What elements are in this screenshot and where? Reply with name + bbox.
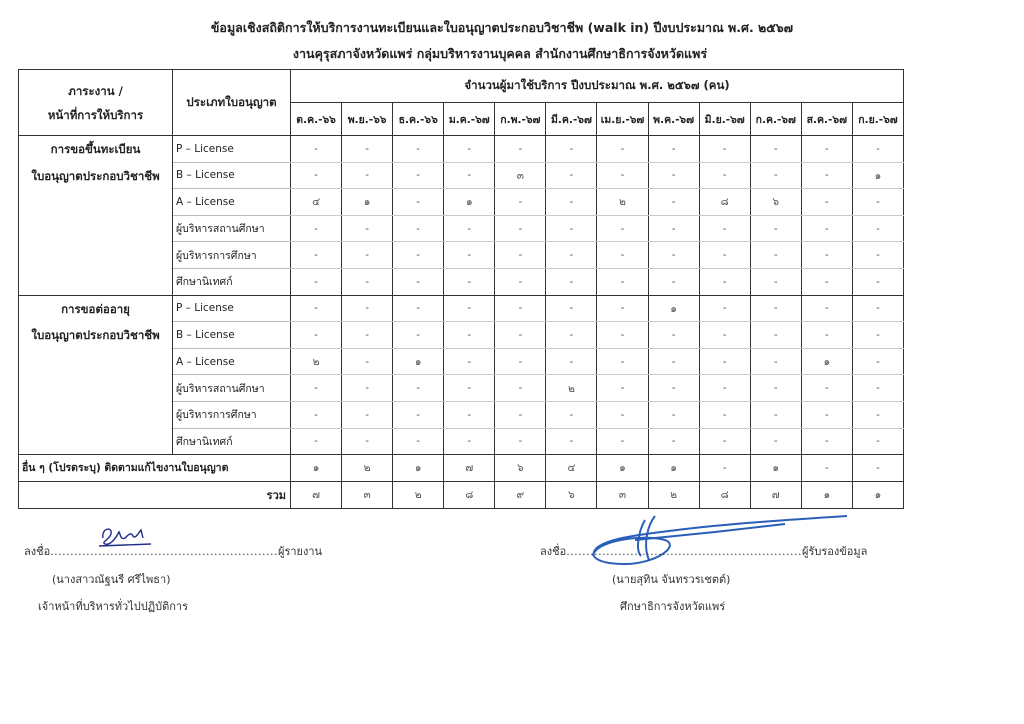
count-cell: ๒ (291, 348, 342, 375)
count-cell: - (801, 268, 852, 295)
count-cell: - (342, 401, 393, 428)
total-cell: ๗ (291, 481, 342, 508)
other-cell: ๒ (342, 455, 393, 482)
count-cell: - (750, 428, 801, 455)
count-cell: - (699, 375, 750, 402)
count-cell: - (444, 295, 495, 322)
document-title: ข้อมูลเชิงสถิติการให้บริการงานทะเบียนและ… (0, 18, 1014, 38)
count-cell: - (597, 162, 648, 189)
count-cell: - (495, 268, 546, 295)
count-cell: - (393, 189, 444, 216)
other-label: อื่น ๆ (โปรดระบุ) ติดตามแก้ไขงานใบอนุญาต (19, 455, 291, 482)
certifier-position: ศึกษาธิการจังหวัดแพร่ (620, 597, 725, 615)
count-cell: - (393, 375, 444, 402)
count-cell: - (291, 268, 342, 295)
count-cell: - (852, 136, 903, 163)
count-cell: - (648, 348, 699, 375)
license-type: A – License (173, 348, 291, 375)
count-cell: - (648, 136, 699, 163)
count-cell: - (546, 242, 597, 269)
count-cell: - (444, 162, 495, 189)
header-service-count: จำนวนผู้มาใช้บริการ ปีงบประมาณ พ.ศ. ๒๕๖๗… (291, 70, 904, 103)
statistics-table: ภาระงาน / หน้าที่การให้บริการ ประเภทใบอน… (18, 69, 904, 509)
count-cell: - (648, 189, 699, 216)
document-subtitle: งานคุรุสภาจังหวัดแพร่ กลุ่มบริหารงานบุคค… (0, 44, 1012, 64)
section-task-line2: ใบอนุญาตประกอบวิชาชีพ (19, 322, 172, 349)
count-cell: - (546, 136, 597, 163)
count-cell: - (393, 401, 444, 428)
reporter-sign-line: ลงชื่อ..................................… (24, 542, 322, 560)
count-cell: - (495, 136, 546, 163)
count-cell: - (495, 428, 546, 455)
table-row: การขอต่ออายุใบอนุญาตประกอบวิชาชีพP – Lic… (19, 295, 904, 322)
header-month: ก.ค.-๖๗ (750, 103, 801, 136)
header-month: ส.ค.-๖๗ (801, 103, 852, 136)
count-cell: - (342, 215, 393, 242)
section-task-line1: การขอขึ้นทะเบียน (19, 136, 172, 163)
count-cell: - (546, 162, 597, 189)
count-cell: - (699, 268, 750, 295)
reporter-position: เจ้าหน้าที่บริหารทั่วไปปฏิบัติการ (38, 597, 188, 615)
header-month: มี.ค.-๖๗ (546, 103, 597, 136)
license-type: ผู้บริหารสถานศึกษา (173, 375, 291, 402)
total-cell: ๙ (495, 481, 546, 508)
count-cell: ๖ (750, 189, 801, 216)
certifier-sign-line: ลงชื่อ..................................… (540, 542, 867, 560)
count-cell: - (597, 322, 648, 349)
count-cell: - (597, 268, 648, 295)
license-type: ผู้บริหารการศึกษา (173, 242, 291, 269)
count-cell: - (444, 375, 495, 402)
count-cell: - (597, 295, 648, 322)
count-cell: - (750, 348, 801, 375)
count-cell: - (546, 401, 597, 428)
count-cell: - (495, 215, 546, 242)
header-month: ก.พ.-๖๗ (495, 103, 546, 136)
count-cell: - (699, 295, 750, 322)
count-cell: - (852, 348, 903, 375)
count-cell: - (495, 295, 546, 322)
count-cell: - (648, 375, 699, 402)
count-cell: - (801, 295, 852, 322)
count-cell: - (699, 162, 750, 189)
count-cell: ๑ (648, 295, 699, 322)
count-cell: - (801, 375, 852, 402)
count-cell: - (801, 401, 852, 428)
count-cell: - (597, 375, 648, 402)
count-cell: - (648, 215, 699, 242)
count-cell: - (444, 322, 495, 349)
count-cell: - (444, 242, 495, 269)
other-cell: - (852, 455, 903, 482)
total-cell: ๓ (342, 481, 393, 508)
total-cell: ๓ (597, 481, 648, 508)
count-cell: - (648, 401, 699, 428)
count-cell: ๑ (393, 348, 444, 375)
other-cell: ๗ (444, 455, 495, 482)
header-license-type: ประเภทใบอนุญาต (173, 70, 291, 136)
reporter-name: (นางสาวณัฐนรี ศรีไพธา) (52, 570, 170, 588)
count-cell: - (291, 428, 342, 455)
count-cell: ๓ (495, 162, 546, 189)
count-cell: - (597, 401, 648, 428)
header-month: ต.ค.-๖๖ (291, 103, 342, 136)
count-cell: ๑ (801, 348, 852, 375)
count-cell: - (852, 428, 903, 455)
other-cell: ๑ (750, 455, 801, 482)
other-cell: - (801, 455, 852, 482)
count-cell: - (342, 375, 393, 402)
count-cell: ๑ (852, 162, 903, 189)
count-cell: - (444, 136, 495, 163)
count-cell: - (546, 348, 597, 375)
count-cell: - (342, 295, 393, 322)
count-cell: - (342, 322, 393, 349)
count-cell: - (495, 375, 546, 402)
section-task-line1: การขอต่ออายุ (19, 296, 172, 323)
count-cell: - (852, 295, 903, 322)
count-cell: - (852, 215, 903, 242)
count-cell: - (852, 375, 903, 402)
count-cell: - (342, 268, 393, 295)
count-cell: - (699, 215, 750, 242)
certifier-role: ผู้รับรองข้อมูล (802, 545, 867, 558)
other-cell: ๑ (597, 455, 648, 482)
other-cell: - (699, 455, 750, 482)
license-type: ผู้บริหารสถานศึกษา (173, 215, 291, 242)
total-cell: ๒ (393, 481, 444, 508)
count-cell: - (648, 322, 699, 349)
count-cell: - (342, 162, 393, 189)
license-type: ศึกษานิเทศก์ (173, 268, 291, 295)
count-cell: - (699, 401, 750, 428)
count-cell: - (546, 189, 597, 216)
count-cell: - (852, 268, 903, 295)
count-cell: - (546, 268, 597, 295)
total-label: รวม (19, 481, 291, 508)
other-cell: ๑ (648, 455, 699, 482)
count-cell: - (393, 428, 444, 455)
certifier-signature (585, 510, 855, 570)
header-month: ธ.ค.-๖๖ (393, 103, 444, 136)
header-month: ก.ย.-๖๗ (852, 103, 903, 136)
reporter-role: ผู้รายงาน (278, 545, 322, 558)
total-cell: ๗ (750, 481, 801, 508)
count-cell: - (546, 322, 597, 349)
other-cell: ๔ (546, 455, 597, 482)
total-cell: ๘ (699, 481, 750, 508)
total-cell: ๑ (852, 481, 903, 508)
section-task-line2: ใบอนุญาตประกอบวิชาชีพ (19, 163, 172, 190)
count-cell: - (291, 215, 342, 242)
count-cell: - (597, 348, 648, 375)
count-cell: - (801, 242, 852, 269)
count-cell: - (750, 295, 801, 322)
count-cell: ๒ (597, 189, 648, 216)
count-cell: - (291, 136, 342, 163)
count-cell: - (393, 295, 444, 322)
table-row: การขอขึ้นทะเบียนใบอนุญาตประกอบวิชาชีพP –… (19, 136, 904, 163)
count-cell: - (648, 162, 699, 189)
total-cell: ๖ (546, 481, 597, 508)
count-cell: - (597, 136, 648, 163)
header-month: ม.ค.-๖๗ (444, 103, 495, 136)
count-cell: - (801, 162, 852, 189)
count-cell: - (444, 401, 495, 428)
count-cell: - (852, 189, 903, 216)
count-cell: - (750, 136, 801, 163)
count-cell: - (648, 428, 699, 455)
header-task-line1: ภาระงาน / (19, 79, 172, 103)
count-cell: - (342, 348, 393, 375)
count-cell: - (648, 268, 699, 295)
count-cell: - (699, 428, 750, 455)
other-cell: ๖ (495, 455, 546, 482)
count-cell: - (342, 242, 393, 269)
count-cell: - (342, 428, 393, 455)
count-cell: - (597, 242, 648, 269)
count-cell: - (495, 242, 546, 269)
count-cell: - (342, 136, 393, 163)
count-cell: - (546, 428, 597, 455)
count-cell: - (291, 401, 342, 428)
count-cell: - (291, 162, 342, 189)
license-type: ศึกษานิเทศก์ (173, 428, 291, 455)
count-cell: ๑ (342, 189, 393, 216)
count-cell: - (852, 401, 903, 428)
count-cell: - (495, 401, 546, 428)
license-type: A – License (173, 189, 291, 216)
count-cell: - (750, 322, 801, 349)
count-cell: - (546, 295, 597, 322)
count-cell: - (699, 348, 750, 375)
count-cell: - (648, 242, 699, 269)
total-cell: ๒ (648, 481, 699, 508)
count-cell: ๘ (699, 189, 750, 216)
count-cell: - (750, 215, 801, 242)
count-cell: - (444, 215, 495, 242)
count-cell: - (546, 215, 597, 242)
count-cell: - (801, 428, 852, 455)
count-cell: - (801, 189, 852, 216)
count-cell: - (495, 189, 546, 216)
header-task-line2: หน้าที่การให้บริการ (19, 103, 172, 127)
sign-label: ลงชื่อ (24, 545, 50, 558)
count-cell: - (444, 428, 495, 455)
certifier-name: (นายสุทิน จันทรวรเชตต์) (612, 570, 730, 588)
other-row: อื่น ๆ (โปรดระบุ) ติดตามแก้ไขงานใบอนุญาต… (19, 455, 904, 482)
count-cell: - (750, 375, 801, 402)
license-type: P – License (173, 136, 291, 163)
header-month: เม.ย.-๖๗ (597, 103, 648, 136)
license-type: ผู้บริหารการศึกษา (173, 401, 291, 428)
header-month: พ.ย.-๖๖ (342, 103, 393, 136)
count-cell: - (750, 242, 801, 269)
count-cell: - (444, 348, 495, 375)
count-cell: - (852, 322, 903, 349)
count-cell: - (393, 136, 444, 163)
total-cell: ๑ (801, 481, 852, 508)
count-cell: ๒ (546, 375, 597, 402)
other-cell: ๑ (393, 455, 444, 482)
count-cell: - (291, 322, 342, 349)
count-cell: - (801, 215, 852, 242)
total-cell: ๘ (444, 481, 495, 508)
count-cell: - (699, 136, 750, 163)
count-cell: - (495, 348, 546, 375)
count-cell: - (750, 401, 801, 428)
count-cell: - (801, 136, 852, 163)
count-cell: - (597, 215, 648, 242)
count-cell: - (852, 242, 903, 269)
header-task: ภาระงาน / หน้าที่การให้บริการ (19, 70, 173, 136)
count-cell: - (699, 242, 750, 269)
count-cell: - (444, 268, 495, 295)
other-cell: ๑ (291, 455, 342, 482)
count-cell: - (291, 375, 342, 402)
count-cell: - (393, 268, 444, 295)
count-cell: - (801, 322, 852, 349)
count-cell: ๑ (444, 189, 495, 216)
license-type: B – License (173, 322, 291, 349)
count-cell: - (750, 162, 801, 189)
sign-label: ลงชื่อ (540, 545, 566, 558)
count-cell: - (393, 322, 444, 349)
count-cell: - (393, 242, 444, 269)
count-cell: - (597, 428, 648, 455)
total-row: รวม๗๓๒๘๙๖๓๒๘๗๑๑ (19, 481, 904, 508)
count-cell: ๔ (291, 189, 342, 216)
section-task: การขอต่ออายุใบอนุญาตประกอบวิชาชีพ (19, 295, 173, 455)
license-type: B – License (173, 162, 291, 189)
count-cell: - (750, 268, 801, 295)
count-cell: - (699, 322, 750, 349)
section-task: การขอขึ้นทะเบียนใบอนุญาตประกอบวิชาชีพ (19, 136, 173, 296)
count-cell: - (291, 242, 342, 269)
license-type: P – License (173, 295, 291, 322)
header-month: พ.ค.-๖๗ (648, 103, 699, 136)
count-cell: - (291, 295, 342, 322)
count-cell: - (393, 162, 444, 189)
count-cell: - (495, 322, 546, 349)
count-cell: - (393, 215, 444, 242)
header-month: มิ.ย.-๖๗ (699, 103, 750, 136)
